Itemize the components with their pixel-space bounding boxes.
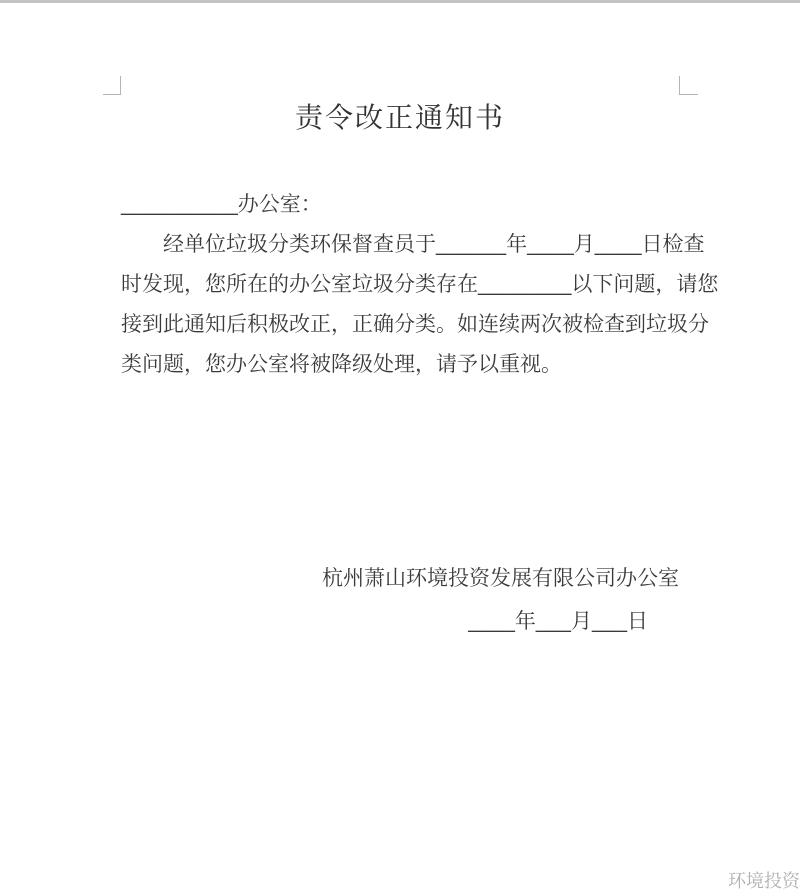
window-top-edge <box>0 0 800 3</box>
body-line: 时发现，您所在的办公室垃圾分类存在________以下问题，请您 <box>121 265 683 305</box>
body-line: 经单位垃圾分类环保督查员于______年____月____日检查 <box>121 225 683 265</box>
body-line: 接到此通知后积极改正，正确分类。如连续两次被检查到垃圾分 <box>121 305 683 345</box>
crop-mark-top-left <box>103 76 121 95</box>
salutation-line: __________办公室： <box>121 185 683 225</box>
document-page: 责令改正通知书 __________办公室： 经单位垃圾分类环保督查员于____… <box>0 0 800 895</box>
document-body: __________办公室： 经单位垃圾分类环保督查员于______年____月… <box>121 185 683 385</box>
crop-mark-top-right <box>679 76 698 95</box>
watermark-brand-text: 环境投资 <box>728 869 800 893</box>
document-title: 责令改正通知书 <box>0 98 800 138</box>
signature-line: 杭州萧山环境投资发展有限公司办公室 <box>121 559 679 599</box>
body-line: 类问题，您办公室将被降级处理，请予以重视。 <box>121 345 683 385</box>
date-line: ____年___月___日 <box>121 602 679 642</box>
